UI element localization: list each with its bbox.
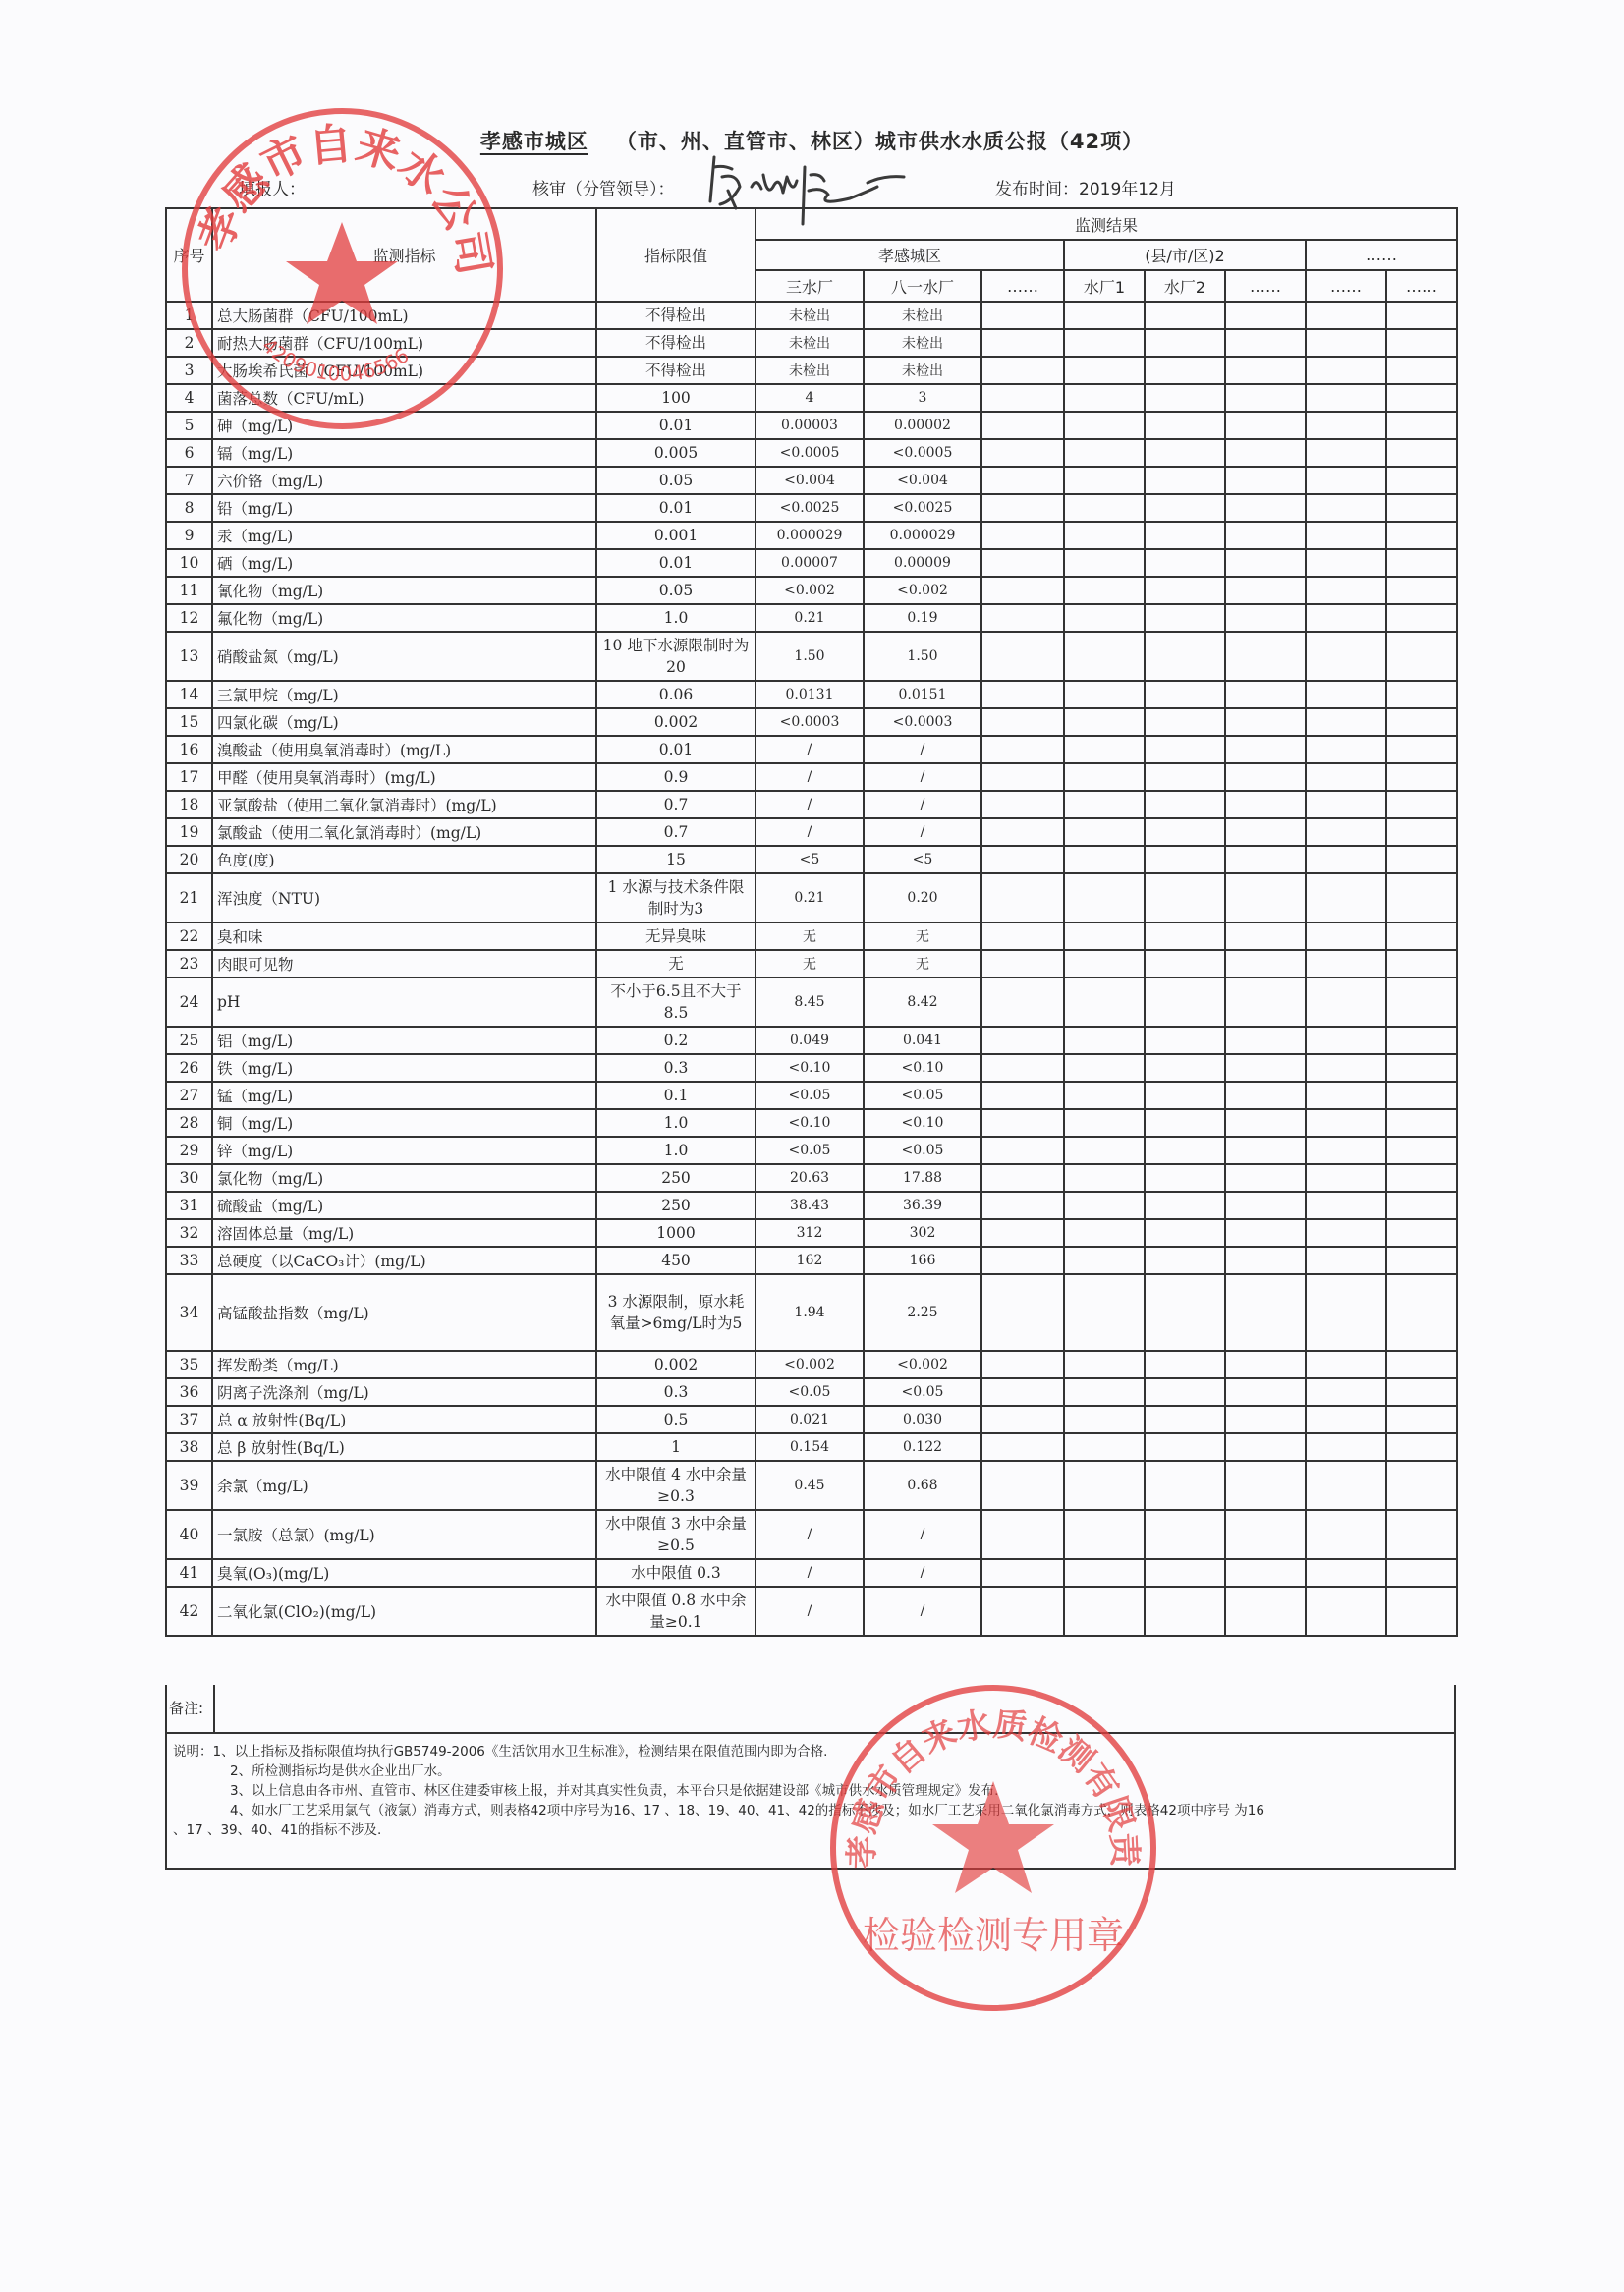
result-empty — [981, 604, 1064, 632]
indicator-limit: 0.05 — [596, 577, 756, 604]
result-sanshui: <5 — [756, 846, 864, 873]
row-number: 25 — [166, 1027, 212, 1054]
table-row: 29锌（mg/L)1.0<0.05<0.05 — [166, 1137, 1457, 1164]
result-sanshui: 0.0131 — [756, 681, 864, 708]
indicator-name: 肉眼可见物 — [212, 950, 596, 978]
result-sanshui: <0.0003 — [756, 708, 864, 736]
result-empty — [1225, 1082, 1306, 1109]
note-1: 1、以上指标及指标限值均执行GB5749-2006《生活饮用水卫生标准》，检测结… — [213, 1744, 828, 1760]
result-empty — [1064, 950, 1145, 978]
indicator-limit: 0.7 — [596, 818, 756, 846]
indicator-name: 甲醛（使用臭氧消毒时）(mg/L) — [212, 763, 596, 791]
indicator-limit: 1 水源与技术条件限制时为3 — [596, 873, 756, 922]
result-empty — [1225, 1027, 1306, 1054]
result-empty — [1064, 1137, 1145, 1164]
result-empty — [1386, 384, 1457, 412]
header-region-xiaogan: 孝感城区 — [756, 240, 1064, 270]
indicator-limit: 10 地下水源限制时为20 — [596, 632, 756, 681]
indicator-name: 氯酸盐（使用二氧化氯消毒时）(mg/L) — [212, 818, 596, 846]
table-row: 25铝（mg/L)0.20.0490.041 — [166, 1027, 1457, 1054]
indicator-name: 砷（mg/L) — [212, 412, 596, 439]
result-empty — [1064, 1461, 1145, 1510]
table-row: 14三氯甲烷（mg/L)0.060.01310.0151 — [166, 681, 1457, 708]
result-bayi: / — [864, 791, 981, 818]
remarks-label: 备注: — [167, 1685, 215, 1732]
result-empty — [1306, 1378, 1386, 1406]
result-empty — [1225, 791, 1306, 818]
indicator-name: 浑浊度（NTU) — [212, 873, 596, 922]
table-row: 26铁（mg/L)0.3<0.10<0.10 — [166, 1054, 1457, 1082]
result-empty — [1064, 632, 1145, 681]
row-number: 31 — [166, 1192, 212, 1219]
table-row: 32溶固体总量（mg/L)1000312302 — [166, 1219, 1457, 1247]
result-empty — [1386, 1192, 1457, 1219]
result-empty — [1306, 1027, 1386, 1054]
result-sanshui: 未检出 — [756, 329, 864, 357]
result-empty — [1306, 1587, 1386, 1636]
indicator-name: 总 α 放射性(Bq/L) — [212, 1406, 596, 1433]
result-empty — [1064, 1587, 1145, 1636]
result-sanshui: <0.0005 — [756, 439, 864, 467]
indicator-name: 余氯（mg/L) — [212, 1461, 596, 1510]
result-empty — [1306, 1219, 1386, 1247]
indicator-name: 菌落总数（CFU/mL) — [212, 384, 596, 412]
row-number: 11 — [166, 577, 212, 604]
result-empty — [1386, 1109, 1457, 1137]
indicator-limit: 1.0 — [596, 604, 756, 632]
indicator-limit: 不得检出 — [596, 357, 756, 384]
result-empty — [1386, 978, 1457, 1027]
row-number: 18 — [166, 791, 212, 818]
result-empty — [1386, 439, 1457, 467]
result-empty — [1145, 1192, 1225, 1219]
row-number: 27 — [166, 1082, 212, 1109]
result-empty — [981, 1164, 1064, 1192]
result-empty — [981, 357, 1064, 384]
result-empty — [981, 1587, 1064, 1636]
result-empty — [981, 846, 1064, 873]
table-row: 7六价铬（mg/L)0.05<0.004<0.004 — [166, 467, 1457, 494]
indicator-limit: 无 — [596, 950, 756, 978]
result-sanshui: 0.00003 — [756, 412, 864, 439]
result-empty — [981, 522, 1064, 549]
indicator-limit: 水中限值 3 水中余量≥0.5 — [596, 1510, 756, 1559]
result-bayi: <0.002 — [864, 577, 981, 604]
result-empty — [1145, 1406, 1225, 1433]
table-row: 40一氯胺（总氯）(mg/L)水中限值 3 水中余量≥0.5// — [166, 1510, 1457, 1559]
result-empty — [1306, 329, 1386, 357]
result-empty — [1306, 922, 1386, 950]
result-empty — [1306, 1559, 1386, 1587]
row-number: 13 — [166, 632, 212, 681]
result-empty — [1064, 1082, 1145, 1109]
result-empty — [1225, 632, 1306, 681]
indicator-name: 总大肠菌群（CFU/100mL) — [212, 302, 596, 329]
indicator-limit: 1 — [596, 1433, 756, 1461]
result-empty — [1145, 1219, 1225, 1247]
result-empty — [1064, 302, 1145, 329]
result-bayi: 36.39 — [864, 1192, 981, 1219]
result-empty — [1386, 1164, 1457, 1192]
row-number: 15 — [166, 708, 212, 736]
indicator-limit: 15 — [596, 846, 756, 873]
result-empty — [1145, 736, 1225, 763]
indicator-limit: 0.05 — [596, 467, 756, 494]
result-empty — [1386, 494, 1457, 522]
result-empty — [1306, 439, 1386, 467]
result-empty — [1064, 1378, 1145, 1406]
row-number: 4 — [166, 384, 212, 412]
indicator-name: 耐热大肠菌群（CFU/100mL) — [212, 329, 596, 357]
result-empty — [1064, 1559, 1145, 1587]
result-sanshui: 0.049 — [756, 1027, 864, 1054]
indicator-name: 二氧化氯(ClO₂)(mg/L) — [212, 1587, 596, 1636]
result-empty — [1225, 329, 1306, 357]
result-bayi: / — [864, 1559, 981, 1587]
result-empty — [1306, 412, 1386, 439]
result-empty — [1306, 1109, 1386, 1137]
row-number: 8 — [166, 494, 212, 522]
reviewer-label: 核审（分管领导）： — [532, 175, 675, 199]
table-row: 16溴酸盐（使用臭氧消毒时）(mg/L)0.01// — [166, 736, 1457, 763]
result-empty — [1064, 1406, 1145, 1433]
indicator-name: 氰化物（mg/L) — [212, 577, 596, 604]
result-empty — [1064, 736, 1145, 763]
table-row: 12氟化物（mg/L)1.00.210.19 — [166, 604, 1457, 632]
result-sanshui: 0.021 — [756, 1406, 864, 1433]
indicator-name: 总硬度（以CaCO₃计）(mg/L) — [212, 1247, 596, 1274]
result-empty — [1386, 818, 1457, 846]
header-plant-2: 水厂2 — [1145, 270, 1225, 302]
result-empty — [1225, 1164, 1306, 1192]
svg-text:检验检测专用章: 检验检测专用章 — [863, 1914, 1124, 1957]
indicator-limit: 0.3 — [596, 1054, 756, 1082]
indicator-name: 硫酸盐（mg/L) — [212, 1192, 596, 1219]
row-number: 26 — [166, 1054, 212, 1082]
result-sanshui: 0.000029 — [756, 522, 864, 549]
result-sanshui: <0.10 — [756, 1109, 864, 1137]
result-empty — [1225, 1461, 1306, 1510]
table-row: 10硒（mg/L)0.010.000070.00009 — [166, 549, 1457, 577]
result-sanshui: <0.002 — [756, 577, 864, 604]
indicator-name: 大肠埃希氏菌（CFU/100mL) — [212, 357, 596, 384]
publish-label: 发布时间： — [995, 180, 1079, 199]
table-row: 39余氯（mg/L)水中限值 4 水中余量≥0.30.450.68 — [166, 1461, 1457, 1510]
result-empty — [981, 736, 1064, 763]
result-bayi: <5 — [864, 846, 981, 873]
result-bayi: <0.0005 — [864, 439, 981, 467]
row-number: 6 — [166, 439, 212, 467]
result-bayi: 未检出 — [864, 357, 981, 384]
result-empty — [1145, 791, 1225, 818]
row-number: 36 — [166, 1378, 212, 1406]
table-row: 27锰（mg/L)0.1<0.05<0.05 — [166, 1082, 1457, 1109]
indicator-name: pH — [212, 978, 596, 1027]
result-empty — [981, 1559, 1064, 1587]
row-number: 30 — [166, 1164, 212, 1192]
result-empty — [1225, 604, 1306, 632]
result-empty — [1145, 1247, 1225, 1274]
result-empty — [1306, 494, 1386, 522]
result-empty — [1145, 604, 1225, 632]
result-empty — [1145, 1559, 1225, 1587]
result-empty — [981, 681, 1064, 708]
result-empty — [1145, 1137, 1225, 1164]
table-row: 23肉眼可见物无无无 — [166, 950, 1457, 978]
result-empty — [981, 1406, 1064, 1433]
result-empty — [1145, 549, 1225, 577]
result-bayi: <0.002 — [864, 1351, 981, 1378]
result-empty — [981, 1027, 1064, 1054]
note-4-cont: 、17 、39、40、41的指标不涉及. — [173, 1820, 1448, 1840]
result-sanshui: 无 — [756, 950, 864, 978]
indicator-name: 铅（mg/L) — [212, 494, 596, 522]
table-row: 1总大肠菌群（CFU/100mL)不得检出未检出未检出 — [166, 302, 1457, 329]
result-empty — [1306, 846, 1386, 873]
table-row: 5砷（mg/L)0.010.000030.00002 — [166, 412, 1457, 439]
table-row: 38总 β 放射性(Bq/L)10.1540.122 — [166, 1433, 1457, 1461]
result-empty — [1225, 873, 1306, 922]
result-sanshui: 0.45 — [756, 1461, 864, 1510]
table-row: 33总硬度（以CaCO₃计）(mg/L)450162166 — [166, 1247, 1457, 1274]
table-row: 36阴离子洗涤剂（mg/L)0.3<0.05<0.05 — [166, 1378, 1457, 1406]
result-empty — [981, 384, 1064, 412]
indicator-limit: 水中限值 4 水中余量≥0.3 — [596, 1461, 756, 1510]
result-empty — [1306, 357, 1386, 384]
result-empty — [1386, 922, 1457, 950]
result-bayi: <0.10 — [864, 1054, 981, 1082]
notes-section: 说明：1、以上指标及指标限值均执行GB5749-2006《生活饮用水卫生标准》，… — [165, 1734, 1456, 1870]
result-sanshui: / — [756, 818, 864, 846]
row-number: 22 — [166, 922, 212, 950]
result-sanshui: 1.50 — [756, 632, 864, 681]
result-bayi: 无 — [864, 922, 981, 950]
indicator-limit: 1000 — [596, 1219, 756, 1247]
table-row: 35挥发酚类（mg/L)0.002<0.002<0.002 — [166, 1351, 1457, 1378]
result-empty — [1386, 791, 1457, 818]
table-row: 9汞（mg/L)0.0010.0000290.000029 — [166, 522, 1457, 549]
result-empty — [1145, 1510, 1225, 1559]
result-empty — [1145, 763, 1225, 791]
result-empty — [1064, 1054, 1145, 1082]
result-empty — [1225, 1587, 1306, 1636]
indicator-name: 三氯甲烷（mg/L) — [212, 681, 596, 708]
result-empty — [1306, 736, 1386, 763]
result-empty — [1064, 681, 1145, 708]
result-bayi: 未检出 — [864, 302, 981, 329]
result-empty — [1225, 384, 1306, 412]
row-number: 38 — [166, 1433, 212, 1461]
result-empty — [1064, 357, 1145, 384]
result-sanshui: / — [756, 736, 864, 763]
result-empty — [981, 950, 1064, 978]
result-empty — [1145, 1082, 1225, 1109]
row-number: 40 — [166, 1510, 212, 1559]
result-empty — [1306, 1461, 1386, 1510]
result-sanshui: 8.45 — [756, 978, 864, 1027]
result-bayi: 未检出 — [864, 329, 981, 357]
result-empty — [1145, 384, 1225, 412]
result-empty — [1225, 494, 1306, 522]
indicator-name: 汞（mg/L) — [212, 522, 596, 549]
indicator-name: 硝酸盐氮（mg/L) — [212, 632, 596, 681]
result-empty — [1386, 873, 1457, 922]
result-sanshui: 0.21 — [756, 604, 864, 632]
result-empty — [1386, 1054, 1457, 1082]
indicator-limit: 0.002 — [596, 1351, 756, 1378]
result-empty — [1306, 467, 1386, 494]
table-row: 8铅（mg/L)0.01<0.0025<0.0025 — [166, 494, 1457, 522]
result-empty — [1064, 1164, 1145, 1192]
result-empty — [1306, 1164, 1386, 1192]
result-empty — [981, 632, 1064, 681]
result-empty — [1145, 412, 1225, 439]
result-bayi: / — [864, 1587, 981, 1636]
result-empty — [1145, 357, 1225, 384]
indicator-name: 挥发酚类（mg/L) — [212, 1351, 596, 1378]
result-empty — [1306, 302, 1386, 329]
result-sanshui: 162 — [756, 1247, 864, 1274]
result-bayi: 0.041 — [864, 1027, 981, 1054]
header-plant-sanshui: 三水厂 — [756, 270, 864, 302]
result-empty — [1145, 1054, 1225, 1082]
result-empty — [1306, 577, 1386, 604]
result-empty — [1386, 1351, 1457, 1378]
result-empty — [1225, 412, 1306, 439]
note-2: 2、所检测指标均是供水企业出厂水。 — [173, 1761, 1448, 1781]
indicator-limit: 450 — [596, 1247, 756, 1274]
result-empty — [1064, 873, 1145, 922]
result-bayi: <0.05 — [864, 1137, 981, 1164]
indicator-limit: 0.001 — [596, 522, 756, 549]
table-row: 21浑浊度（NTU)1 水源与技术条件限制时为30.210.20 — [166, 873, 1457, 922]
result-empty — [1225, 681, 1306, 708]
result-empty — [1386, 681, 1457, 708]
indicator-limit: 0.002 — [596, 708, 756, 736]
indicator-limit: 0.2 — [596, 1027, 756, 1054]
result-empty — [1145, 494, 1225, 522]
result-empty — [981, 329, 1064, 357]
result-empty — [1225, 439, 1306, 467]
result-empty — [1064, 467, 1145, 494]
indicator-limit: 3 水源限制，原水耗氧量>6mg/L时为5 — [596, 1274, 756, 1351]
row-number: 37 — [166, 1406, 212, 1433]
result-bayi: 0.68 — [864, 1461, 981, 1510]
result-empty — [1306, 522, 1386, 549]
result-empty — [981, 577, 1064, 604]
indicator-name: 一氯胺（总氯）(mg/L) — [212, 1510, 596, 1559]
row-number: 28 — [166, 1109, 212, 1137]
indicator-name: 亚氯酸盐（使用二氧化氯消毒时）(mg/L) — [212, 791, 596, 818]
indicator-limit: 0.7 — [596, 791, 756, 818]
result-sanshui: <0.0025 — [756, 494, 864, 522]
result-empty — [1064, 763, 1145, 791]
row-number: 19 — [166, 818, 212, 846]
result-empty — [1064, 1109, 1145, 1137]
result-empty — [1386, 1137, 1457, 1164]
row-number: 42 — [166, 1587, 212, 1636]
row-number: 12 — [166, 604, 212, 632]
result-empty — [1145, 978, 1225, 1027]
indicator-limit: 不得检出 — [596, 302, 756, 329]
result-empty — [981, 1433, 1064, 1461]
result-sanshui: 1.94 — [756, 1274, 864, 1351]
result-empty — [1064, 439, 1145, 467]
result-empty — [1225, 1219, 1306, 1247]
result-empty — [1386, 1274, 1457, 1351]
result-empty — [981, 494, 1064, 522]
result-bayi: 0.000029 — [864, 522, 981, 549]
result-empty — [1386, 763, 1457, 791]
row-number: 20 — [166, 846, 212, 873]
result-empty — [1306, 1406, 1386, 1433]
result-empty — [1225, 763, 1306, 791]
result-empty — [1064, 549, 1145, 577]
indicator-limit: 0.9 — [596, 763, 756, 791]
result-empty — [1306, 549, 1386, 577]
indicator-name: 氯化物（mg/L) — [212, 1164, 596, 1192]
remarks-row: 备注: — [165, 1685, 1456, 1734]
result-empty — [1306, 681, 1386, 708]
indicator-name: 色度(度) — [212, 846, 596, 873]
result-empty — [1064, 1192, 1145, 1219]
result-bayi: / — [864, 1510, 981, 1559]
row-number: 5 — [166, 412, 212, 439]
result-empty — [1225, 522, 1306, 549]
indicator-name: 阴离子洗涤剂（mg/L) — [212, 1378, 596, 1406]
header-indicator: 监测指标 — [212, 208, 596, 302]
result-empty — [1306, 632, 1386, 681]
result-empty — [1306, 818, 1386, 846]
result-empty — [1064, 329, 1145, 357]
result-empty — [1145, 577, 1225, 604]
result-empty — [1386, 1247, 1457, 1274]
result-empty — [1064, 922, 1145, 950]
result-bayi: 8.42 — [864, 978, 981, 1027]
row-number: 24 — [166, 978, 212, 1027]
result-empty — [1064, 1510, 1145, 1559]
result-sanshui: / — [756, 1559, 864, 1587]
result-empty — [981, 791, 1064, 818]
result-empty — [1064, 818, 1145, 846]
indicator-name: 铁（mg/L) — [212, 1054, 596, 1082]
result-empty — [1225, 978, 1306, 1027]
result-empty — [981, 1351, 1064, 1378]
publish-date: 2019年12月 — [1079, 180, 1176, 199]
result-empty — [1386, 1510, 1457, 1559]
result-empty — [1386, 1082, 1457, 1109]
result-empty — [1145, 1274, 1225, 1351]
result-empty — [981, 763, 1064, 791]
result-empty — [1306, 1192, 1386, 1219]
result-empty — [1306, 604, 1386, 632]
result-empty — [1386, 577, 1457, 604]
notes-label: 说明： — [173, 1744, 213, 1760]
table-row: 19氯酸盐（使用二氧化氯消毒时）(mg/L)0.7// — [166, 818, 1457, 846]
table-row: 20色度(度)15<5<5 — [166, 846, 1457, 873]
indicator-limit: 250 — [596, 1192, 756, 1219]
result-empty — [1306, 873, 1386, 922]
result-bayi: 0.0151 — [864, 681, 981, 708]
row-number: 23 — [166, 950, 212, 978]
result-bayi: 0.20 — [864, 873, 981, 922]
row-number: 7 — [166, 467, 212, 494]
row-number: 1 — [166, 302, 212, 329]
result-empty — [1386, 357, 1457, 384]
header-plant-more-3: …… — [1306, 270, 1386, 302]
result-empty — [1386, 1027, 1457, 1054]
result-empty — [1064, 384, 1145, 412]
